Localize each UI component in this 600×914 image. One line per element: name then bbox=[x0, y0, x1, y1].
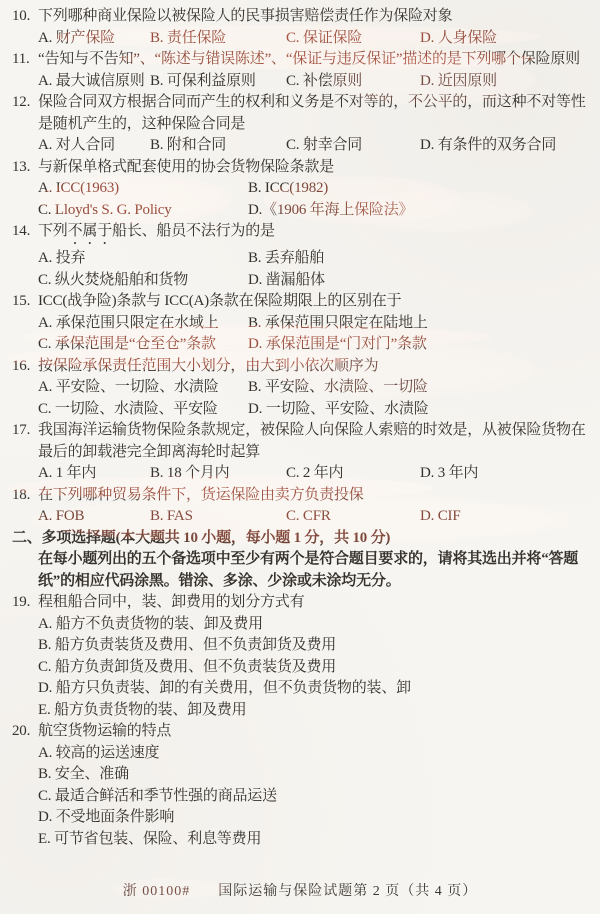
option-e: E. 可节省包装、保险、利息等费用 bbox=[38, 829, 590, 851]
question-number: 17. bbox=[12, 420, 38, 442]
option-a: A. 1 年内 bbox=[38, 463, 150, 485]
question-number: 15. bbox=[12, 291, 38, 313]
option-a: A. 承保范围只限定在水域上 bbox=[38, 313, 248, 335]
options: A. 船方不负责货物的装、卸及费用 B. 船方负责装货及费用、但不负责卸货及费用… bbox=[38, 614, 590, 722]
question-number: 10. bbox=[12, 6, 38, 28]
question-stem: 20.航空货物运输的特点 bbox=[12, 721, 590, 743]
question-stem: 19.程租船合同中，装、卸费用的划分方式有 bbox=[12, 592, 590, 614]
question-text: 保险合同双方根据合同而产生的权利和义务是不对等的，不公平的，而这种不对等性是随机… bbox=[38, 94, 586, 132]
question-19: 19.程租船合同中，装、卸费用的划分方式有 A. 船方不负责货物的装、卸及费用 … bbox=[12, 592, 590, 721]
option-a: A. 船方不负责货物的装、卸及费用 bbox=[38, 614, 590, 636]
option-a: A. 较高的运送速度 bbox=[38, 743, 590, 765]
option-b: B. 船方负责装货及费用、但不负责卸货及费用 bbox=[38, 635, 590, 657]
option-b: B. 责任保险 bbox=[150, 28, 286, 50]
question-stem: 12.保险合同双方根据合同而产生的权利和义务是不对等的，不公平的，而这种不对等性… bbox=[12, 92, 590, 135]
option-a: A. 投弃 bbox=[38, 248, 248, 270]
option-c: C. Lloyd's S. G. Policy bbox=[38, 200, 248, 222]
option-d: D.《1906 年海上保险法》 bbox=[248, 200, 590, 222]
exam-code: 浙 00100# bbox=[123, 884, 191, 899]
option-b: B. 平安险、水渍险、一切险 bbox=[248, 377, 590, 399]
option-c: C. 补偿原则 bbox=[286, 71, 420, 93]
option-b: B. 丢弃船舶 bbox=[248, 248, 590, 270]
question-stem: 15.ICC(战争险)条款与 ICC(A)条款在保险期限上的区别在于 bbox=[12, 291, 590, 313]
options: A. 最大诚信原则 B. 可保利益原则 C. 补偿原则 D. 近因原则 bbox=[38, 71, 590, 93]
options: A. 投弃 B. 丢弃船舶 C. 纵火焚烧船舶和货物 D. 凿漏船体 bbox=[38, 248, 590, 291]
question-10: 10.下列哪种商业保险以被保险人的民事损害赔偿责任作为保险对象 A. 财产保险 … bbox=[12, 6, 590, 49]
question-text: 按保险承保责任范围大小划分，由大到小依次顺序为 bbox=[38, 358, 378, 374]
option-c: C. 最适合鲜活和季节性强的商品运送 bbox=[38, 786, 590, 808]
question-number: 11. bbox=[12, 49, 38, 71]
option-a: A. ICC(1963) bbox=[38, 178, 248, 200]
option-d: D. 3 年内 bbox=[420, 463, 590, 485]
question-11: 11.“告知与不告知”、“陈述与错误陈述”、“保证与违反保证”描述的是下列哪个保… bbox=[12, 49, 590, 92]
question-stem: 13.与新保单格式配套使用的协会货物保险条款是 bbox=[12, 157, 590, 179]
question-number: 13. bbox=[12, 157, 38, 179]
question-number: 18. bbox=[12, 485, 38, 507]
question-stem: 17.我国海洋运输货物保险条款规定，被保险人向保险人索赔的时效是，从被保险货物在… bbox=[12, 420, 590, 463]
option-d: D. 一切险、平安险、水渍险 bbox=[248, 399, 590, 421]
option-b: B. FAS bbox=[150, 506, 286, 528]
options: A. 承保范围只限定在水域上 B. 承保范围只限定在陆地上 C. 承保范围是“仓… bbox=[38, 313, 590, 356]
question-text: 下列哪种商业保险以被保险人的民事损害赔偿责任作为保险对象 bbox=[38, 8, 452, 24]
question-13: 13.与新保单格式配套使用的协会货物保险条款是 A. ICC(1963) B. … bbox=[12, 157, 590, 222]
question-stem: 10.下列哪种商业保险以被保险人的民事损害赔偿责任作为保险对象 bbox=[12, 6, 590, 28]
question-15: 15.ICC(战争险)条款与 ICC(A)条款在保险期限上的区别在于 A. 承保… bbox=[12, 291, 590, 356]
option-c: C. 船方负责卸货及费用、但不负责装货及费用 bbox=[38, 657, 590, 679]
question-stem: 16.按保险承保责任范围大小划分，由大到小依次顺序为 bbox=[12, 356, 590, 378]
question-stem: 11.“告知与不告知”、“陈述与错误陈述”、“保证与违反保证”描述的是下列哪个保… bbox=[12, 49, 590, 71]
question-number: 14. bbox=[12, 221, 38, 243]
question-17: 17.我国海洋运输货物保险条款规定，被保险人向保险人索赔的时效是，从被保险货物在… bbox=[12, 420, 590, 485]
option-d: D. 有条件的双务合同 bbox=[420, 135, 590, 157]
option-c: C. CFR bbox=[286, 506, 420, 528]
option-b: B. 安全、准确 bbox=[38, 764, 590, 786]
option-d: D. 近因原则 bbox=[420, 71, 590, 93]
question-text: 与新保单格式配套使用的协会货物保险条款是 bbox=[38, 159, 334, 175]
option-d: D. CIF bbox=[420, 506, 590, 528]
question-number: 12. bbox=[12, 92, 38, 114]
options: A. 较高的运送速度 B. 安全、准确 C. 最适合鲜活和季节性强的商品运送 D… bbox=[38, 743, 590, 851]
option-b: B. 承保范围只限定在陆地上 bbox=[248, 313, 590, 335]
option-c: C. 一切险、水渍险、平安险 bbox=[38, 399, 248, 421]
option-a: A. FOB bbox=[38, 506, 150, 528]
question-text: 下列 bbox=[38, 223, 68, 239]
option-d: D. 承保范围是“门对门”条款 bbox=[248, 334, 590, 356]
exam-paper-page: 10.下列哪种商业保险以被保险人的民事损害赔偿责任作为保险对象 A. 财产保险 … bbox=[0, 0, 600, 914]
exam-content: 10.下列哪种商业保险以被保险人的民事损害赔偿责任作为保险对象 A. 财产保险 … bbox=[12, 6, 590, 850]
footer-title: 国际运输与保险试题第 2 页（共 4 页） bbox=[218, 884, 477, 899]
option-c: C. 2 年内 bbox=[286, 463, 420, 485]
option-b: B. 可保利益原则 bbox=[150, 71, 286, 93]
question-number: 19. bbox=[12, 592, 38, 614]
option-b: B. 附和合同 bbox=[150, 135, 286, 157]
question-20: 20.航空货物运输的特点 A. 较高的运送速度 B. 安全、准确 C. 最适合鲜… bbox=[12, 721, 590, 850]
option-a: A. 财产保险 bbox=[38, 28, 150, 50]
question-14: 14.下列不属于船长、船员不法行为的是 A. 投弃 B. 丢弃船舶 C. 纵火焚… bbox=[12, 221, 590, 291]
question-text: 程租船合同中，装、卸费用的划分方式有 bbox=[38, 594, 304, 610]
question-18: 18.在下列哪种贸易条件下，货运保险由卖方负责投保 A. FOB B. FAS … bbox=[12, 485, 590, 528]
section-2-heading: 二、多项选择题(本大题共 10 小题，每小题 1 分，共 10 分) bbox=[12, 528, 590, 550]
question-text: 我国海洋运输货物保险条款规定，被保险人向保险人索赔的时效是，从被保险货物在最后的… bbox=[38, 422, 586, 460]
question-text: 船长、船员不法行为的是 bbox=[112, 223, 275, 239]
page-footer: 浙 00100#国际运输与保险试题第 2 页（共 4 页） bbox=[0, 881, 600, 903]
question-text: ICC(战争险)条款与 ICC(A)条款在保险期限上的区别在于 bbox=[38, 293, 401, 309]
question-number: 20. bbox=[12, 721, 38, 743]
option-a: A. 对人合同 bbox=[38, 135, 150, 157]
option-a: A. 平安险、一切险、水渍险 bbox=[38, 377, 248, 399]
options: A. 对人合同 B. 附和合同 C. 射幸合同 D. 有条件的双务合同 bbox=[38, 135, 590, 157]
option-c: C. 纵火焚烧船舶和货物 bbox=[38, 270, 248, 292]
option-b: B. ICC(1982) bbox=[248, 178, 590, 200]
options: A. 财产保险 B. 责任保险 C. 保证保险 D. 人身保险 bbox=[38, 28, 590, 50]
question-text: 航空货物运输的特点 bbox=[38, 723, 171, 739]
option-d: D. 船方只负责装、卸的有关费用，但不负责货物的装、卸 bbox=[38, 678, 590, 700]
options: A. FOB B. FAS C. CFR D. CIF bbox=[38, 506, 590, 528]
option-b: B. 18 个月内 bbox=[150, 463, 286, 485]
options: A. ICC(1963) B. ICC(1982) C. Lloyd's S. … bbox=[38, 178, 590, 221]
question-number: 16. bbox=[12, 356, 38, 378]
option-c: C. 承保范围是“仓至仓”条款 bbox=[38, 334, 248, 356]
option-a: A. 最大诚信原则 bbox=[38, 71, 150, 93]
option-e: E. 船方负责货物的装、卸及费用 bbox=[38, 700, 590, 722]
question-text: “告知与不告知”、“陈述与错误陈述”、“保证与违反保证”描述的是下列哪个保险原则 bbox=[38, 51, 580, 67]
section-2-instructions: 在每小题列出的五个备选项中至少有两个是符合题目要求的，请将其选出并将“答题纸”的… bbox=[12, 549, 590, 592]
option-d: D. 人身保险 bbox=[420, 28, 590, 50]
options: A. 1 年内 B. 18 个月内 C. 2 年内 D. 3 年内 bbox=[38, 463, 590, 485]
options: A. 平安险、一切险、水渍险 B. 平安险、水渍险、一切险 C. 一切险、水渍险… bbox=[38, 377, 590, 420]
question-12: 12.保险合同双方根据合同而产生的权利和义务是不对等的，不公平的，而这种不对等性… bbox=[12, 92, 590, 157]
question-stem: 14.下列不属于船长、船员不法行为的是 bbox=[12, 221, 590, 248]
question-16: 16.按保险承保责任范围大小划分，由大到小依次顺序为 A. 平安险、一切险、水渍… bbox=[12, 356, 590, 421]
option-d: D. 凿漏船体 bbox=[248, 270, 590, 292]
option-d: D. 不受地面条件影响 bbox=[38, 807, 590, 829]
question-text-emphasized: 不属于 bbox=[68, 223, 112, 239]
question-text: 在下列哪种贸易条件下，货运保险由卖方负责投保 bbox=[38, 487, 364, 503]
question-stem: 18.在下列哪种贸易条件下，货运保险由卖方负责投保 bbox=[12, 485, 590, 507]
option-c: C. 射幸合同 bbox=[286, 135, 420, 157]
option-c: C. 保证保险 bbox=[286, 28, 420, 50]
